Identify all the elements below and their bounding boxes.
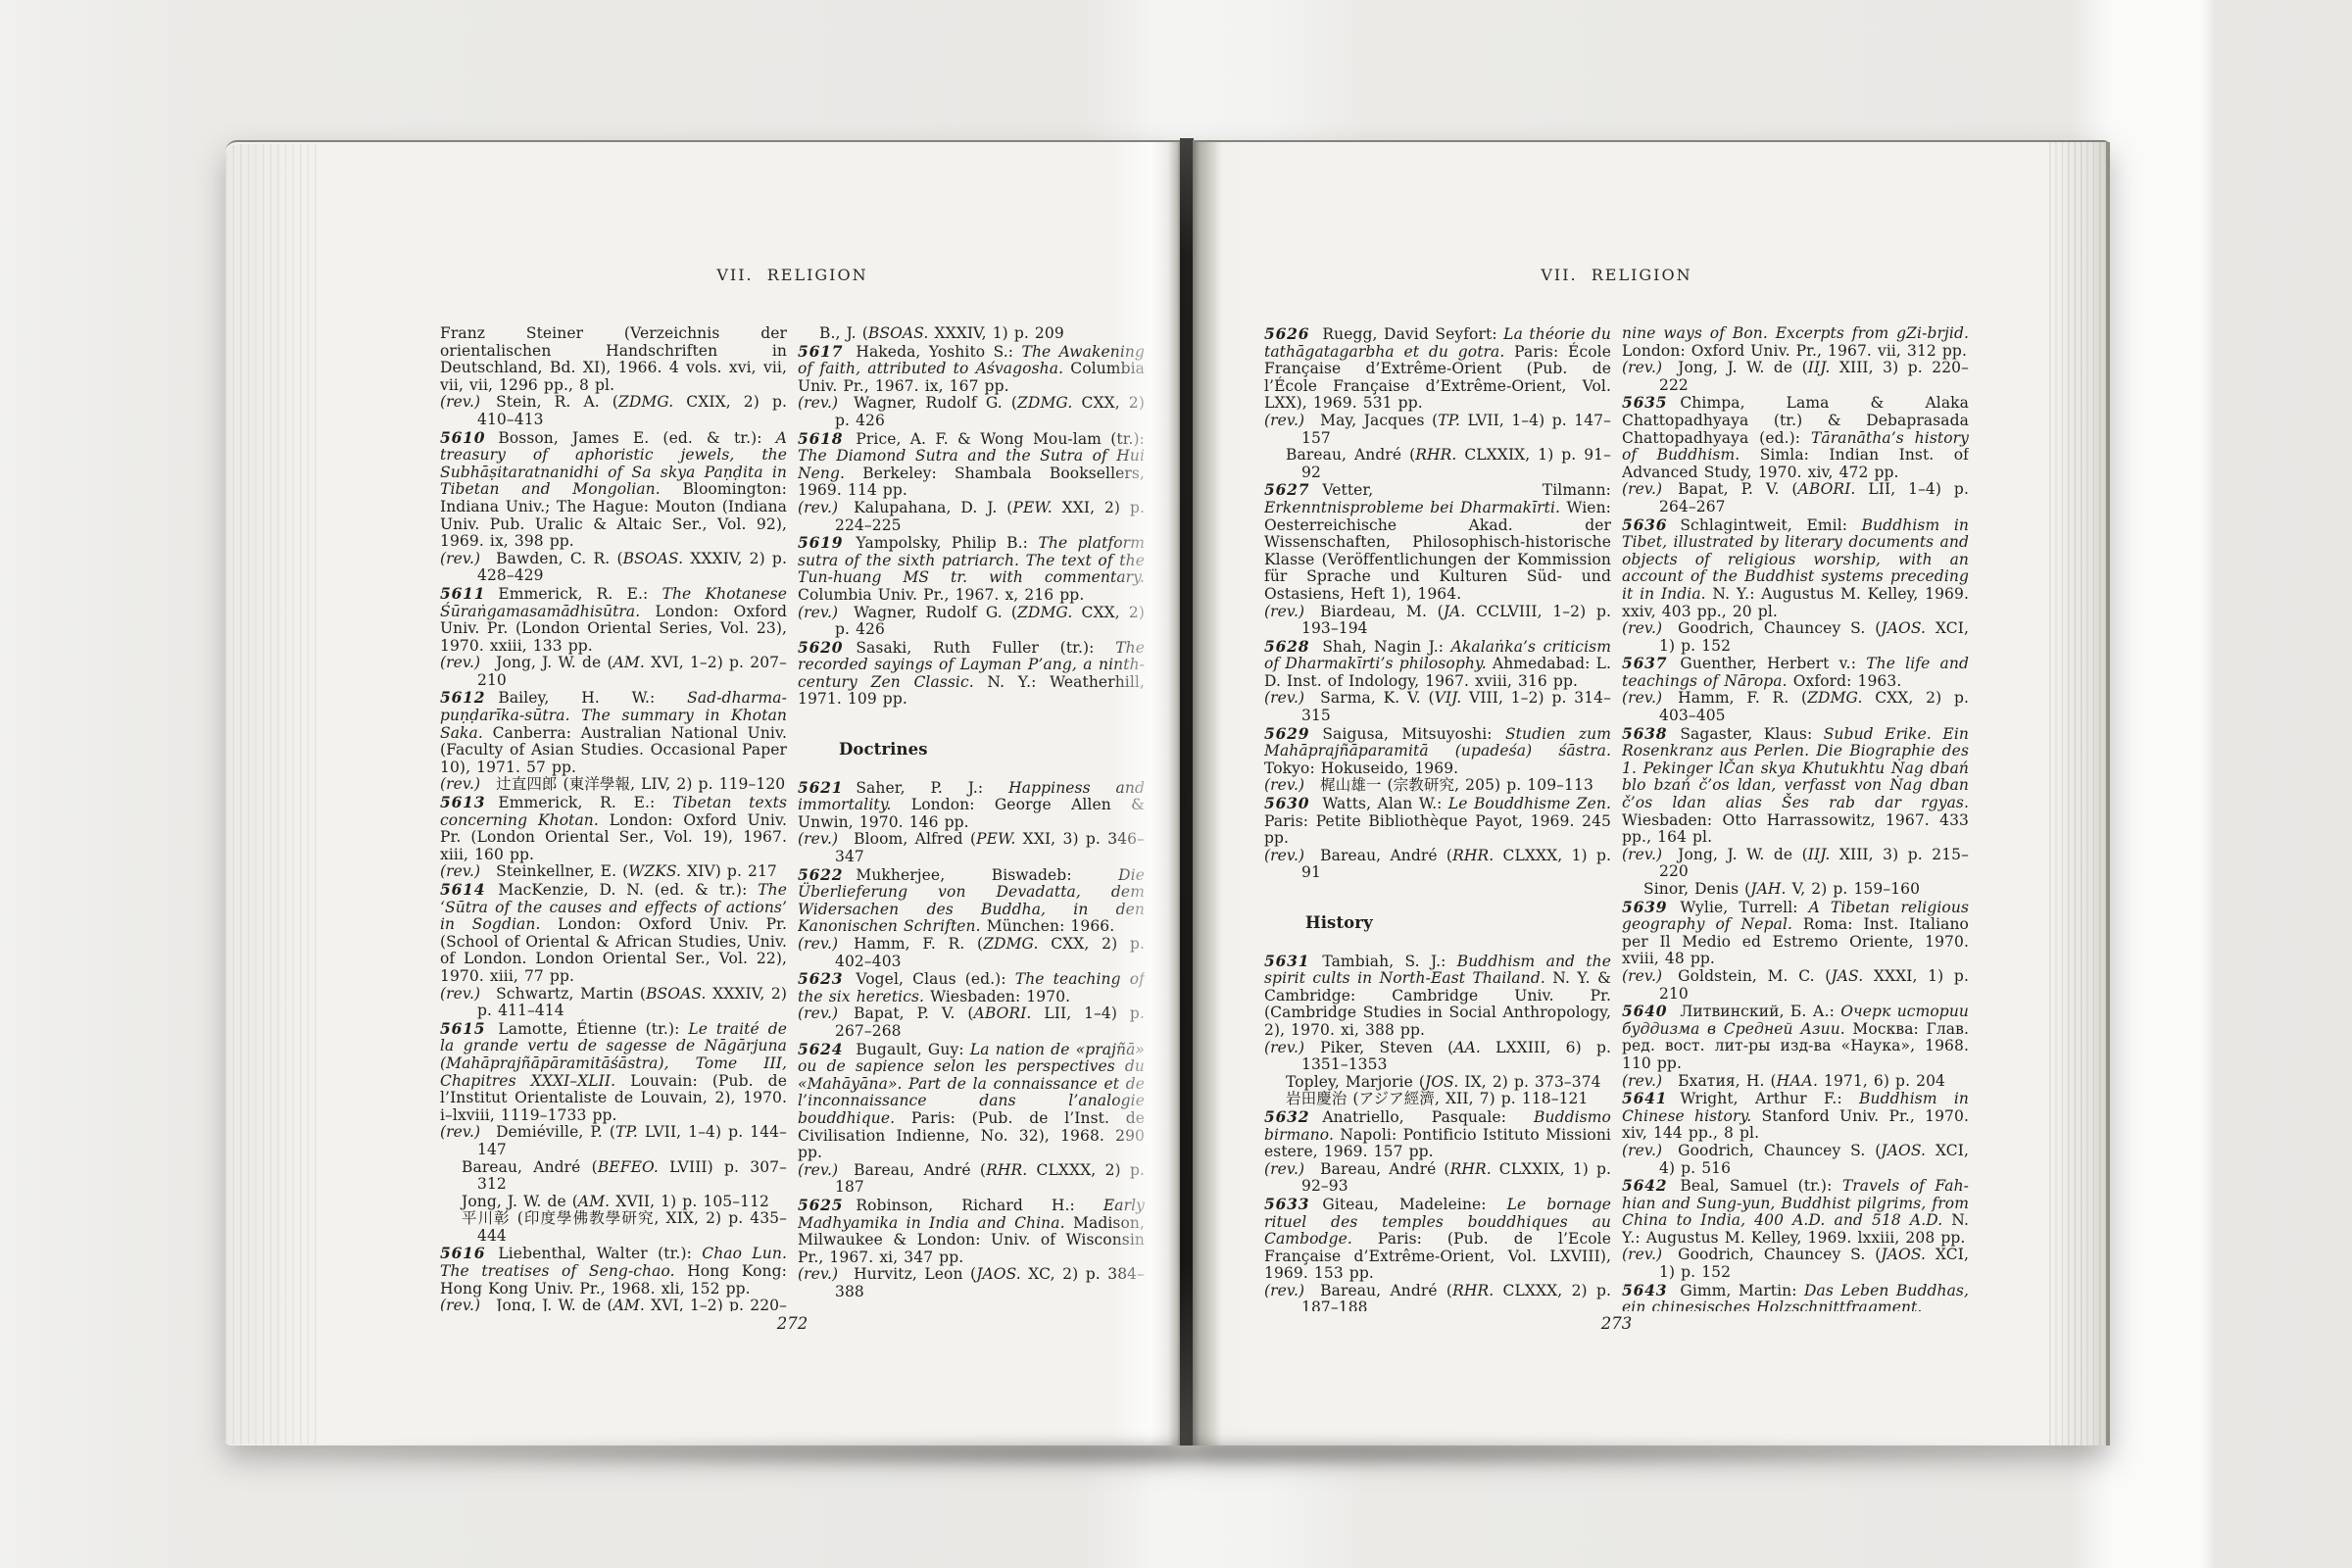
review-line: (rev.)Bawden, C. R. (BSOAS. XXXIV, 2) p.…	[440, 551, 787, 585]
text-run: Hakeda, Yoshito S.:	[856, 343, 1021, 361]
italic-text: BSOAS.	[623, 550, 684, 567]
text-run: Wiesbaden: 1970.	[924, 988, 1070, 1005]
text-run: Anatriello, Pasquale:	[1322, 1108, 1534, 1126]
review-line: (rev.)Bapat, P. V. (ABORI. LII, 1–4) p. …	[1622, 481, 1969, 515]
text-run: Jong, J. W. de (	[1678, 846, 1808, 863]
review-line: Topley, Marjorie (JOS. IX, 2) p. 373–374	[1264, 1074, 1611, 1092]
entry-number: 5619	[798, 533, 843, 552]
review-line: Bareau, André (BEFEO. LVIII) p. 307–312	[440, 1159, 787, 1194]
italic-text: НАА.	[1777, 1072, 1818, 1090]
entry-number: 5615	[440, 1019, 485, 1038]
italic-text: RHR.	[1452, 847, 1494, 864]
entry-number: 5620	[798, 638, 843, 657]
review-label: (rev.)	[798, 604, 838, 621]
entry-number: 5638	[1622, 724, 1667, 743]
review-label: (rev.)	[798, 394, 838, 412]
review-label: (rev.)	[1622, 480, 1662, 498]
text-run: Kalupahana, D. J. (	[854, 499, 1012, 516]
entry: 5628Shah, Nagin J.: Akalaṅka’s criticism…	[1264, 638, 1611, 691]
entry: 5627Vetter, Tilmann: Erkenntnisprobleme …	[1264, 481, 1611, 603]
text-run: Jong, J. W. de (	[462, 1193, 578, 1210]
text-run: Bapat, P. V. (	[854, 1004, 973, 1022]
entry-number: 5641	[1622, 1089, 1667, 1107]
right-page: VII. RELIGION 5626Ruegg, David Seyfort: …	[1193, 140, 2110, 1445]
entry-number: 5611	[440, 584, 485, 603]
review-label: (rev.)	[440, 654, 480, 671]
right-page-column-1: 5626Ruegg, David Seyfort: La théorie du …	[1264, 325, 1611, 1311]
italic-text: JA.	[1444, 603, 1466, 620]
entry-number: 5632	[1264, 1107, 1309, 1126]
text-run: May, Jacques (	[1320, 412, 1438, 429]
text-run: Bugault, Guy:	[856, 1041, 969, 1058]
entry: 5621Saher, P. J.: Happiness and immortal…	[798, 779, 1145, 832]
entry: 5616Liebenthal, Walter (tr.): Chao Lun. …	[440, 1245, 787, 1298]
entry-number: 5633	[1264, 1195, 1309, 1213]
review-line: (rev.)辻直四郎 (東洋學報, LIV, 2) p. 119–120	[440, 776, 787, 794]
entry: 5610Bosson, James E. (ed. & tr.): A trea…	[440, 429, 787, 551]
italic-text: ZDMG.	[618, 393, 673, 411]
text-run: Wiesbaden: Otto Harrassowitz, 1967. 433 …	[1622, 811, 1969, 847]
text-run: Jong, J. W. de (	[496, 1297, 613, 1311]
text-run: Tambiah, S. J.:	[1322, 953, 1456, 970]
italic-text: ZDMG.	[1017, 604, 1072, 621]
text-run: Robinson, Richard H.:	[856, 1197, 1102, 1214]
italic-text: TP.	[615, 1123, 638, 1141]
review-line: (rev.)Wagner, Rudolf G. (ZDMG. CXX, 2) p…	[798, 605, 1145, 639]
italic-text: Erkenntnisprobleme bei Dharmakīrti.	[1264, 499, 1560, 516]
review-line: (rev.)Bareau, André (RHR. CLXXX, 2) p. 1…	[798, 1162, 1145, 1197]
review-line: (rev.)Hurvitz, Leon (JAOS. XC, 2) p. 384…	[798, 1266, 1145, 1300]
text-run: Бхатия, Н. (	[1678, 1072, 1777, 1090]
entry-number: 5643	[1622, 1281, 1667, 1299]
text-run: Vetter, Tilmann:	[1322, 481, 1611, 499]
text-run: 1971, 6) p. 204	[1818, 1072, 1945, 1090]
italic-text: JAOS.	[976, 1265, 1021, 1283]
text-run: IX, 2) p. 373–374	[1458, 1073, 1600, 1091]
entry: 5640Литвинский, Б. А.: Очерк истории буд…	[1622, 1003, 1969, 1072]
italic-text: JAOS.	[1881, 619, 1926, 637]
entry: 5613Emmerick, R. E.: Tibetan texts conce…	[440, 794, 787, 863]
entry-number: 5617	[798, 342, 843, 361]
italic-text: JOS.	[1425, 1073, 1458, 1091]
review-label: (rev.)	[1264, 776, 1304, 794]
entry-number: 5616	[440, 1244, 485, 1262]
review-line: (rev.)Jong, J. W. de (AM. XVI, 1–2) p. 2…	[440, 655, 787, 689]
entry: 5615Lamotte, Étienne (tr.): Le traité de…	[440, 1020, 787, 1125]
italic-text: VIJ.	[1435, 689, 1462, 707]
review-label: (rev.)	[440, 1297, 480, 1311]
entry: 5622Mukherjee, Biswadeb: Die Überlieferu…	[798, 866, 1145, 936]
text-run: Wagner, Rudolf G. (	[854, 394, 1017, 412]
italic-text: AM.	[613, 1297, 645, 1311]
entry-number: 5635	[1622, 393, 1667, 412]
entry-number: 5639	[1622, 898, 1667, 916]
italic-text: RHR.	[1450, 1160, 1492, 1178]
italic-text: ZDMG.	[983, 935, 1038, 953]
review-label: (rev.)	[1264, 1160, 1304, 1178]
entry: 5637Guenther, Herbert v.: The life and t…	[1622, 655, 1969, 690]
review-label: (rev.)	[1622, 1072, 1662, 1090]
italic-text: JAS.	[1831, 967, 1863, 985]
text-run: Sinor, Denis (	[1643, 880, 1750, 898]
review-label: (rev.)	[798, 935, 838, 953]
review-line: (rev.)Bareau, André (RHR. CLXXX, 1) p. 9…	[1264, 848, 1611, 882]
entry: 5617Hakeda, Yoshito S.: The Awakening of…	[798, 343, 1145, 396]
text-run: Sarma, K. V. (	[1320, 689, 1434, 707]
right-page-column-2: nine ways of Bon. Excerpts from gZi-brji…	[1622, 325, 1969, 1311]
text-run: Tokyo: Hokuseido, 1969.	[1264, 759, 1458, 777]
entry-number: 5623	[798, 969, 843, 988]
text-run: XIV) p. 217	[681, 862, 777, 880]
text-run: Vogel, Claus (ed.):	[856, 970, 1014, 988]
italic-text: IIJ.	[1808, 359, 1831, 376]
review-label: (rev.)	[440, 775, 480, 793]
text-run: Emmerick, R. E.:	[498, 794, 672, 811]
text-run: Bareau, André (	[462, 1158, 598, 1176]
page-number-left: 272	[440, 1314, 1145, 1333]
italic-text: AA.	[1453, 1039, 1481, 1056]
review-label: (rev.)	[798, 1161, 838, 1179]
review-label: (rev.)	[1622, 967, 1662, 985]
review-line: (rev.)Steinkellner, E. (WZKS. XIV) p. 21…	[440, 863, 787, 881]
entry: 5635Chimpa, Lama & Alaka Chattopadhyaya …	[1622, 394, 1969, 481]
italic-text: RHR.	[986, 1161, 1027, 1179]
review-label: (rev.)	[798, 1004, 838, 1022]
italic-text: ABORI.	[974, 1004, 1032, 1022]
entry-number: 5642	[1622, 1176, 1667, 1195]
text-run: Shah, Nagin J.:	[1322, 638, 1450, 656]
text-run: Giteau, Madeleine:	[1322, 1196, 1506, 1213]
review-line: (rev.)Bareau, André (RHR. CLXXX, 2) p. 1…	[1264, 1283, 1611, 1311]
page-edge-stack	[2049, 142, 2110, 1445]
text-run: Piker, Steven (	[1320, 1039, 1453, 1056]
text-run: Liebenthal, Walter (tr.):	[498, 1245, 702, 1262]
review-label: (rev.)	[440, 862, 480, 880]
text-run: Berkeley: Shambala Booksellers, 1969. 11…	[798, 465, 1145, 500]
entry: 5638Sagaster, Klaus: Subud Erike. Ein Ro…	[1622, 725, 1969, 847]
text-run: Bareau, André (	[1286, 446, 1415, 464]
text-run: Emmerick, R. E.:	[498, 585, 661, 603]
entry: 5633Giteau, Madeleine: Le bornage rituel…	[1264, 1196, 1611, 1283]
entry-number: 5621	[798, 778, 843, 797]
text-run: Bailey, H. W.:	[498, 689, 687, 707]
review-line: (rev.)Schwartz, Martin (BSOAS. XXXIV, 2)…	[440, 986, 787, 1020]
section-heading: Doctrines	[839, 741, 1145, 759]
entry: 5612Bailey, H. W.: Sad-dharma-puṇḍarīka-…	[440, 689, 787, 776]
review-line: (rev.)Kalupahana, D. J. (PEW. XXI, 2) p.…	[798, 500, 1145, 534]
review-line: Bareau, André (RHR. CLXXIX, 1) p. 91–92	[1264, 447, 1611, 481]
review-label: (rev.)	[440, 550, 480, 567]
review-label: (rev.)	[1622, 619, 1662, 637]
entry: nine ways of Bon. Excerpts from gZi-brji…	[1622, 325, 1969, 360]
entry-number: 5640	[1622, 1002, 1667, 1020]
entry: 5632Anatriello, Pasquale: Buddismo birma…	[1264, 1108, 1611, 1161]
review-line: (rev.)Bareau, André (RHR. CLXXIX, 1) p. …	[1264, 1161, 1611, 1196]
text-run: Gimm, Martin:	[1680, 1282, 1804, 1299]
italic-text: ZDMG.	[1807, 689, 1862, 707]
text-run: Steinkellner, E. (	[496, 862, 628, 880]
entry: 5641Wright, Arthur F.: Buddhism in Chine…	[1622, 1090, 1969, 1143]
review-line: (rev.)Hamm, F. R. (ZDMG. CXX, 2) p. 403–…	[1622, 690, 1969, 724]
text-run: V, 2) p. 159–160	[1787, 880, 1921, 898]
text-run: Jong, J. W. de (	[496, 654, 613, 671]
text-run: Hurvitz, Leon (	[854, 1265, 976, 1283]
entry-number: 5618	[798, 429, 843, 448]
left-page-column-1: Franz Steiner (Verzeichnis der orientali…	[440, 325, 787, 1311]
entry: 5642Beal, Samuel (tr.): Travels of Fah-h…	[1622, 1177, 1969, 1247]
text-run: Goodrich, Chauncey S. (	[1678, 619, 1881, 637]
open-book: VII. RELIGION Franz Steiner (Verzeichnis…	[0, 0, 2352, 1568]
entry-number: 5612	[440, 688, 485, 707]
text-run: MacKenzie, D. N. (ed. & tr.):	[498, 881, 758, 899]
text-run: Franz Steiner (Verzeichnis der orientali…	[440, 325, 787, 394]
entry-number: 5622	[798, 865, 843, 884]
text-run: Hamm, F. R. (	[1678, 689, 1807, 707]
text-run: Topley, Marjorie (	[1286, 1073, 1425, 1091]
review-line: (rev.)Piker, Steven (AA. LXXIII, 6) p. 1…	[1264, 1040, 1611, 1074]
review-line: (rev.)Sarma, K. V. (VIJ. VIII, 1–2) p. 3…	[1264, 690, 1611, 724]
text-run: Price, A. F. & Wong Mou-lam (tr.):	[856, 430, 1145, 448]
review-line: (rev.)Bapat, P. V. (ABORI. LII, 1–4) p. …	[798, 1005, 1145, 1040]
text-run: Литвинский, Б. А.:	[1680, 1003, 1840, 1020]
running-header-right: VII. RELIGION	[1264, 266, 1969, 284]
text-run: Lamotte, Étienne (tr.):	[498, 1020, 688, 1038]
italic-text: BSOAS.	[646, 985, 707, 1003]
text-run: Schwartz, Martin (	[496, 985, 646, 1003]
italic-text: JAH.	[1750, 880, 1786, 898]
review-line: (rev.)Wagner, Rudolf G. (ZDMG. CXX, 2) p…	[798, 395, 1145, 429]
entry: 5631Tambiah, S. J.: Buddhism and the spi…	[1264, 953, 1611, 1040]
review-line: (rev.)Bloom, Alfred (PEW. XXI, 3) p. 346…	[798, 831, 1145, 865]
entry: 5619Yampolsky, Philip B.: The platform s…	[798, 534, 1145, 604]
entry-number: 5630	[1264, 794, 1309, 812]
page-number-right: 273	[1264, 1314, 1969, 1333]
text-run: XXXIV, 1) p. 209	[928, 325, 1063, 342]
italic-text: PEW.	[1012, 499, 1052, 516]
review-label: (rev.)	[1622, 1142, 1662, 1159]
entry: 5614MacKenzie, D. N. (ed. & tr.): The ‘S…	[440, 881, 787, 986]
review-line: (rev.)Goldstein, M. C. (JAS. XXXI, 1) p.…	[1622, 968, 1969, 1003]
text-run: Stein, R. A. (	[496, 393, 618, 411]
review-line: 岩田慶治 (アジア經濟, XII, 7) p. 118–121	[1264, 1091, 1611, 1108]
entry-number: 5626	[1264, 325, 1309, 343]
text-run: Saher, P. J.:	[856, 779, 1008, 797]
entry: 5636Schlagintweit, Emil: Buddhism in Tib…	[1622, 516, 1969, 621]
text-run: München: 1966.	[981, 917, 1115, 935]
entry-number: 5627	[1264, 480, 1309, 499]
text-run: Beal, Samuel (tr.):	[1680, 1177, 1841, 1195]
review-line: (rev.)Jong, J. W. de (AM. XVI, 1–2) p. 2…	[440, 1298, 787, 1311]
text-run: Schlagintweit, Emil:	[1680, 516, 1861, 534]
text-run: Hamm, F. R. (	[854, 935, 983, 953]
text-run: Bosson, James E. (ed. & tr.):	[498, 429, 775, 447]
text-run: Ruegg, David Seyfort:	[1322, 325, 1503, 343]
review-line: (rev.)Jong, J. W. de (IIJ. XIII, 3) p. 2…	[1622, 847, 1969, 881]
review-line: Sinor, Denis (JAH. V, 2) p. 159–160	[1622, 881, 1969, 899]
entry-number: 5624	[798, 1040, 843, 1058]
review-label: (rev.)	[798, 499, 838, 516]
review-label: (rev.)	[1622, 689, 1662, 707]
review-line: (rev.)Бхатия, Н. (НАА. 1971, 6) p. 204	[1622, 1073, 1969, 1091]
text-run: Bareau, André (	[1320, 847, 1452, 864]
text-run: London: Oxford Univ. Pr., 1967. vii, 312…	[1622, 342, 1967, 360]
text-run: Yampolsky, Philip B.:	[856, 534, 1038, 552]
italic-text: ABORI.	[1798, 480, 1856, 498]
text-run: Bawden, C. R. (	[496, 550, 622, 567]
italic-text: ZDMG.	[1017, 394, 1072, 412]
entry: 5626Ruegg, David Seyfort: La théorie du …	[1264, 325, 1611, 413]
review-label: (rev.)	[1264, 1039, 1304, 1056]
review-line: Jong, J. W. de (AM. XVII, 1) p. 105–112	[440, 1194, 787, 1211]
entry: 5625Robinson, Richard H.: Early Madhyami…	[798, 1197, 1145, 1266]
entry-number: 5610	[440, 428, 485, 447]
italic-text: TP.	[1438, 412, 1460, 429]
book-spine-gutter	[1180, 138, 1194, 1445]
review-label: (rev.)	[1264, 1282, 1304, 1299]
text-run: Demiéville, P. (	[496, 1123, 615, 1141]
review-line: (rev.)Goodrich, Chauncey S. (JAOS. XCI, …	[1622, 1143, 1969, 1177]
entry: 5618Price, A. F. & Wong Mou-lam (tr.): T…	[798, 430, 1145, 500]
text-run: Jong, J. W. de (	[1678, 359, 1808, 376]
review-line: (rev.)Jong, J. W. de (IIJ. XIII, 3) p. 2…	[1622, 360, 1969, 394]
entry-number: 5613	[440, 793, 485, 811]
entry: 5639Wylie, Turrell: A Tibetan religious …	[1622, 899, 1969, 968]
italic-text: IIJ.	[1808, 846, 1831, 863]
review-line: (rev.)Demiéville, P. (TP. LVII, 1–4) p. …	[440, 1124, 787, 1158]
text-run: Wright, Arthur F.:	[1680, 1090, 1859, 1107]
text-run: Goodrich, Chauncey S. (	[1678, 1246, 1881, 1263]
italic-text: RHR.	[1415, 446, 1456, 464]
review-label: (rev.)	[1622, 846, 1662, 863]
review-line: (rev.)Biardeau, M. (JA. CCLVIII, 1–2) p.…	[1264, 604, 1611, 638]
review-label: (rev.)	[1622, 1246, 1662, 1263]
text-run: 辻直四郎 (東洋學報, LIV, 2) p. 119–120	[496, 775, 785, 793]
review-label: (rev.)	[1264, 603, 1304, 620]
text-run: B., J. (	[819, 325, 868, 342]
text-run: Goldstein, M. C. (	[1678, 967, 1831, 985]
text-run: Columbia Univ. Pr., 1967. x, 216 pp.	[798, 586, 1084, 604]
review-label: (rev.)	[1264, 689, 1304, 707]
review-label: (rev.)	[798, 830, 838, 848]
italic-text: BEFEO.	[598, 1158, 659, 1176]
text-run: Sagaster, Klaus:	[1680, 725, 1823, 743]
review-label: (rev.)	[1622, 359, 1662, 376]
entry-number: 5614	[440, 880, 485, 899]
review-line: (rev.)May, Jacques (TP. LVII, 1–4) p. 14…	[1264, 413, 1611, 447]
text-run: Guenther, Herbert v.:	[1680, 655, 1866, 672]
text-run: Wagner, Rudolf G. (	[854, 604, 1017, 621]
italic-text: JAOS.	[1881, 1142, 1926, 1159]
italic-text: AM.	[578, 1193, 610, 1210]
text-run: Sasaki, Ruth Fuller (tr.):	[856, 639, 1115, 657]
review-label: (rev.)	[440, 985, 480, 1003]
review-label: (rev.)	[440, 1123, 480, 1141]
review-line: 平川彰 (印度學佛教學研究, XIX, 2) p. 435–444	[440, 1210, 787, 1245]
italic-text: RHR.	[1452, 1282, 1494, 1299]
text-run: Watts, Alan W.:	[1322, 795, 1448, 812]
text-run: XVII, 1) p. 105–112	[610, 1193, 769, 1210]
italic-text: nine ways of Bon. Excerpts from gZi-brji…	[1622, 325, 1969, 342]
review-label: (rev.)	[440, 393, 480, 411]
text-run: Bareau, André (	[1320, 1282, 1452, 1299]
text-run: Wylie, Turrell:	[1680, 899, 1808, 916]
text-run: Bapat, P. V. (	[1678, 480, 1797, 498]
text-run: Bareau, André (	[1320, 1160, 1449, 1178]
entry: 5643Gimm, Martin: Das Leben Buddhas, ein…	[1622, 1282, 1969, 1311]
entry: 5630Watts, Alan W.: Le Bouddhisme Zen. P…	[1264, 795, 1611, 848]
entry-number: 5625	[798, 1196, 843, 1214]
italic-text: WZKS.	[628, 862, 681, 880]
entry: Franz Steiner (Verzeichnis der orientali…	[440, 325, 787, 394]
entry-number: 5637	[1622, 654, 1667, 672]
entry-number: 5636	[1622, 515, 1667, 534]
italic-text: JAOS.	[1881, 1246, 1926, 1263]
review-line: (rev.)Stein, R. A. (ZDMG. CXIX, 2) p. 41…	[440, 394, 787, 428]
left-page-column-2: B., J. (BSOAS. XXXIV, 1) p. 2095617Haked…	[798, 325, 1145, 1311]
entry: 5623Vogel, Claus (ed.): The teaching of …	[798, 970, 1145, 1005]
entry: 5620Sasaki, Ruth Fuller (tr.): The recor…	[798, 639, 1145, 709]
italic-text: Le Bouddhisme Zen.	[1448, 795, 1611, 812]
text-run: Goodrich, Chauncey S. (	[1678, 1142, 1881, 1159]
review-label: (rev.)	[1264, 847, 1304, 864]
section-heading: History	[1305, 914, 1611, 932]
review-line: (rev.)Hamm, F. R. (ZDMG. CXX, 2) p. 402–…	[798, 936, 1145, 970]
text-run: Canberra: Australian National Univ. (Fac…	[440, 724, 787, 776]
text-run: Mukherjee, Biswadeb:	[856, 866, 1118, 884]
entry-number: 5629	[1264, 724, 1309, 743]
entry: 5629Saigusa, Mitsuyoshi: Studien zum Mah…	[1264, 725, 1611, 778]
text-run: 岩田慶治 (アジア經濟, XII, 7) p. 118–121	[1286, 1090, 1588, 1107]
entry: 5611Emmerick, R. E.: The Khotanese Śūraṅ…	[440, 585, 787, 655]
entry-number: 5628	[1264, 637, 1309, 656]
review-label: (rev.)	[798, 1265, 838, 1283]
entry-number: 5631	[1264, 952, 1309, 970]
italic-text: PEW.	[976, 830, 1015, 848]
text-run: 平川彰 (印度學佛教學研究, XIX, 2) p. 435–444	[462, 1209, 787, 1245]
text-run: Biardeau, M. (	[1320, 603, 1444, 620]
review-label: (rev.)	[1264, 412, 1304, 429]
italic-text: AM.	[613, 654, 645, 671]
text-run: Oxford: 1963.	[1788, 672, 1902, 690]
review-line: (rev.)Goodrich, Chauncey S. (JAOS. XCI, …	[1622, 620, 1969, 655]
text-run: Bareau, André (	[854, 1161, 986, 1179]
review-line: (rev.)梶山雄一 (宗教研究, 205) p. 109–113	[1264, 777, 1611, 795]
review-line: (rev.)Goodrich, Chauncey S. (JAOS. XCI, …	[1622, 1247, 1969, 1281]
text-run: Paris: Petite Bibliothèque Payot, 1969. …	[1264, 812, 1611, 848]
entry: 5624Bugault, Guy: La nation de «prajñā» …	[798, 1041, 1145, 1162]
text-run: 梶山雄一 (宗教研究, 205) p. 109–113	[1320, 776, 1593, 794]
review-line: B., J. (BSOAS. XXXIV, 1) p. 209	[798, 325, 1145, 343]
italic-text: BSOAS.	[868, 325, 929, 342]
text-run: Saigusa, Mitsuyoshi:	[1322, 725, 1505, 743]
text-run: Bloom, Alfred (	[854, 830, 976, 848]
left-page: VII. RELIGION Franz Steiner (Verzeichnis…	[225, 140, 1182, 1445]
running-header-left: VII. RELIGION	[440, 266, 1145, 284]
